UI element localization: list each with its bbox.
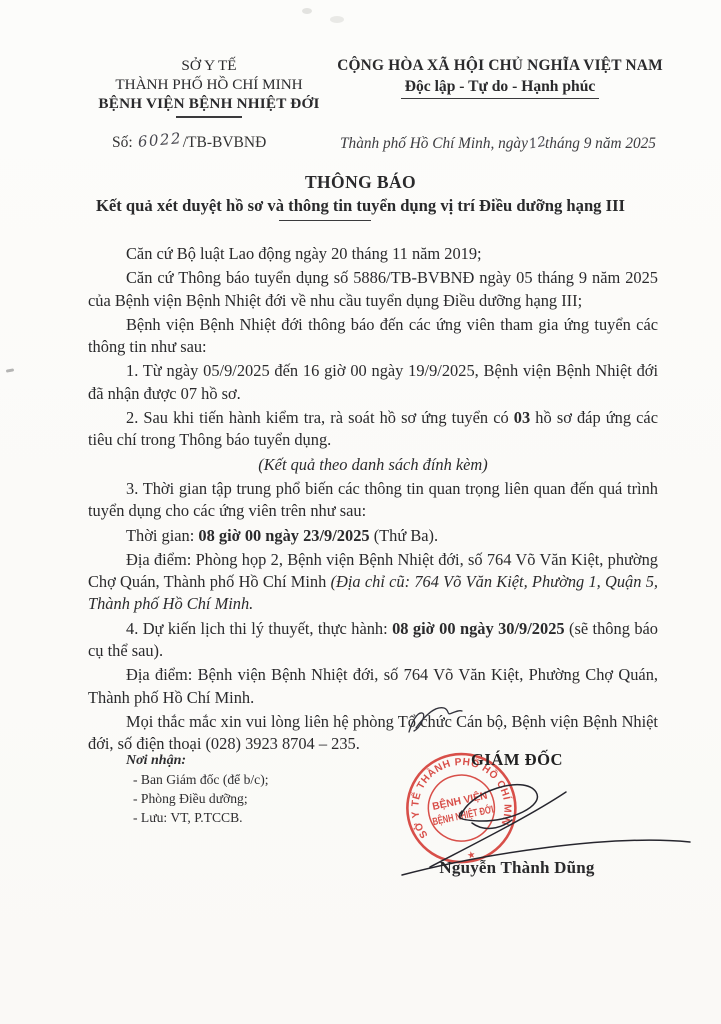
document-subtitle: Kết quả xét duyệt hồ sơ và thông tin tuy… <box>0 196 721 216</box>
text-run: 4. Dự kiến lịch thi lý thuyết, thực hành… <box>126 619 392 638</box>
recipients-block: Nơi nhận: - Ban Giám đốc (để b/c); - Phò… <box>126 751 269 827</box>
scan-speck <box>6 368 14 372</box>
title-block: THÔNG BÁO Kết quả xét duyệt hồ sơ và thô… <box>0 172 721 221</box>
paragraph-location-2: Địa điểm: Bệnh viện Bệnh Nhiệt đới, số 7… <box>88 664 658 709</box>
title-underline <box>279 220 371 221</box>
issuer-city-line: THÀNH PHỐ HỒ CHÍ MINH <box>78 76 340 95</box>
paragraph-item-2: 2. Sau khi tiến hành kiểm tra, rà soát h… <box>88 407 658 452</box>
national-header-block: CỘNG HÒA XÃ HỘI CHỦ NGHĨA VIỆT NAM Độc l… <box>330 57 670 99</box>
text-run: (Thứ Ba). <box>370 526 439 545</box>
scan-smudge <box>302 8 312 14</box>
signer-title: GIÁM ĐỐC <box>392 750 642 770</box>
paragraph-item-3: 3. Thời gian tập trung phổ biến các thôn… <box>88 478 658 523</box>
paragraph-legal-basis-1: Căn cứ Bộ luật Lao động ngày 20 tháng 11… <box>88 243 658 265</box>
recipients-label: Nơi nhận: <box>126 751 269 770</box>
scan-smudge <box>330 16 344 23</box>
issuer-underline <box>176 116 242 117</box>
handwritten-initials <box>402 700 466 740</box>
paragraph-location-1: Địa điểm: Phòng họp 2, Bệnh viện Bệnh Nh… <box>88 549 658 616</box>
doc-no-handwritten: 6022 <box>137 129 183 151</box>
doc-no-suffix: /TB-BVBNĐ <box>183 134 267 151</box>
initials-stroke <box>409 708 462 732</box>
paragraph-item-1: 1. Từ ngày 05/9/2025 đến 16 giờ 00 ngày … <box>88 360 658 405</box>
recipient-item: - Ban Giám đốc (để b/c); <box>126 770 269 789</box>
date-suffix: tháng 9 năm 2025 <box>545 135 656 152</box>
date-day-handwritten: 12 <box>527 134 547 153</box>
issuer-org-name: BỆNH VIỆN BỆNH NHIỆT ĐỚI <box>78 95 340 114</box>
attachment-note: (Kết quả theo danh sách đính kèm) <box>88 454 658 476</box>
document-title: THÔNG BÁO <box>0 172 721 193</box>
issuer-header-block: SỞ Y TẾ THÀNH PHỐ HỒ CHÍ MINH BỆNH VIỆN … <box>78 57 340 118</box>
text-run: 2. Sau khi tiến hành kiểm tra, rà soát h… <box>126 408 514 427</box>
text-run-bold: 08 giờ 00 ngày 23/9/2025 <box>198 526 369 545</box>
paragraph-legal-basis-2: Căn cứ Thông báo tuyển dụng số 5886/TB-B… <box>88 267 658 312</box>
paragraph-item-4: 4. Dự kiến lịch thi lý thuyết, thực hành… <box>88 618 658 663</box>
document-number: Số: 6022/TB-BVBNĐ <box>112 133 266 152</box>
text-run-bold: 08 giờ 00 ngày 30/9/2025 <box>392 619 565 638</box>
paragraph-intro: Bệnh viện Bệnh Nhiệt đới thông báo đến c… <box>88 314 658 359</box>
signature-block: GIÁM ĐỐC Nguyễn Thành Dũng <box>392 750 642 878</box>
recipient-item: - Phòng Điều dưỡng; <box>126 789 269 808</box>
national-motto: Độc lập - Tự do - Hạnh phúc <box>401 78 600 99</box>
document-body: Căn cứ Bộ luật Lao động ngày 20 tháng 11… <box>88 243 658 758</box>
issuer-parent-line: SỞ Y TẾ <box>78 57 340 76</box>
scanned-document-page: { "header": { "left": { "line1": "SỞ Y T… <box>0 0 721 1024</box>
date-prefix: Thành phố Hồ Chí Minh, ngày <box>340 135 528 152</box>
signer-name: Nguyễn Thành Dũng <box>392 858 642 878</box>
national-title: CỘNG HÒA XÃ HỘI CHỦ NGHĨA VIỆT NAM <box>330 57 670 75</box>
doc-no-label: Số: <box>112 134 133 151</box>
recipient-item: - Lưu: VT, P.TCCB. <box>126 808 269 827</box>
text-run-bold: 03 <box>514 408 530 427</box>
text-run: Thời gian: <box>126 526 198 545</box>
document-date: Thành phố Hồ Chí Minh, ngày12tháng 9 năm… <box>330 135 666 153</box>
paragraph-time: Thời gian: 08 giờ 00 ngày 23/9/2025 (Thứ… <box>88 525 658 547</box>
